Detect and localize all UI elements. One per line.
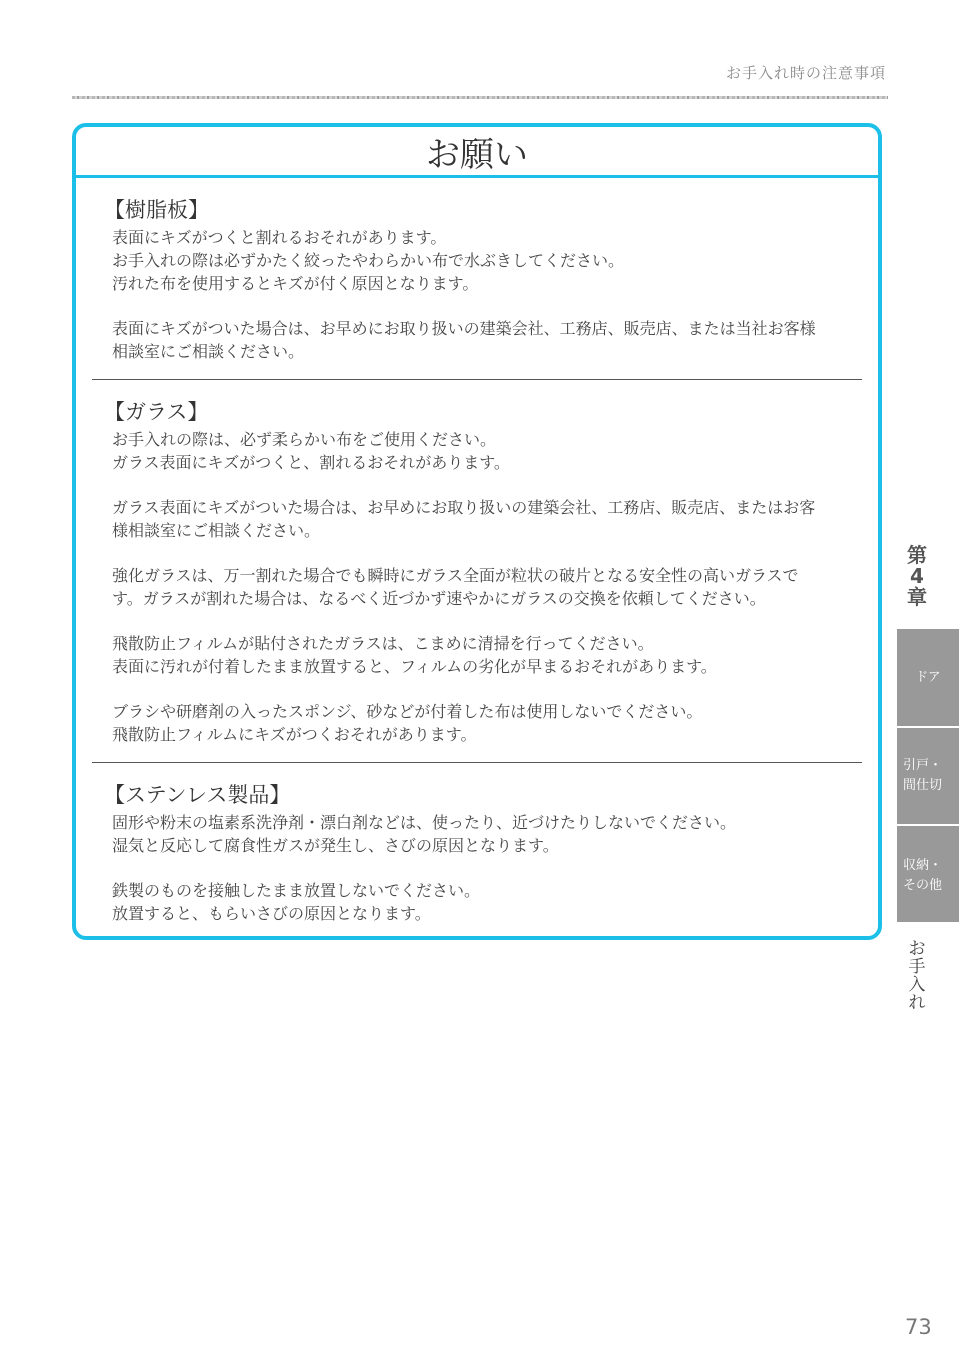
- section-heading: 【ガラス】: [104, 396, 858, 426]
- text-line: 汚れた布を使用するとキズが付く原因となります。: [112, 272, 858, 295]
- text-line: す。ガラスが割れた場合は、なるべく近づかず速やかにガラスの交換を依頼してください…: [112, 587, 858, 610]
- tab-label: 引戸・: [903, 756, 959, 776]
- text-line: ガラス表面にキズがつくと、割れるおそれがあります。: [112, 451, 858, 474]
- tab-sliding-door-partition[interactable]: 引戸・ 間仕切: [897, 728, 959, 824]
- text-line: 鉄製のものを接触したまま放置しないでください。: [112, 879, 858, 902]
- page-header-title: お手入れ時の注意事項: [726, 62, 886, 83]
- header-divider: [72, 96, 888, 99]
- tab-care-current[interactable]: お 手 入 れ: [902, 940, 932, 1012]
- tab-door[interactable]: ドア: [897, 629, 959, 726]
- tab-label-char: お: [902, 940, 932, 958]
- section-stainless: 【ステンレス製品】 固形や粉末の塩素系洗浄剤・漂白剤などは、使ったり、近づけたり…: [76, 779, 878, 925]
- text-line: 強化ガラスは、万一割れた場合でも瞬時にガラス全面が粒状の破片となる安全性の高いガ…: [112, 564, 858, 587]
- text-line: お手入れの際は、必ず柔らかい布をご使用ください。: [112, 428, 858, 451]
- text-line: 湿気と反応して腐食性ガスが発生し、さびの原因となります。: [112, 834, 858, 857]
- paragraph: 飛散防止フィルムが貼付されたガラスは、こまめに清掃を行ってください。 表面に汚れ…: [112, 632, 858, 678]
- section-heading: 【樹脂板】: [104, 194, 858, 224]
- notice-title: お願い: [76, 127, 878, 178]
- text-line: 表面にキズがついた場合は、お早めにお取り扱いの建築会社、工務店、販売店、または当…: [112, 317, 858, 340]
- tab-label: 収納・: [903, 856, 959, 876]
- text-line: 表面に汚れが付着したまま放置すると、フィルムの劣化が早まるおそれがあります。: [112, 655, 858, 678]
- text-line: 放置すると、もらいさびの原因となります。: [112, 902, 858, 925]
- chapter-char: 章: [902, 587, 932, 608]
- page-number: 73: [905, 1315, 932, 1339]
- text-line: ブラシや研磨剤の入ったスポンジ、砂などが付着した布は使用しないでください。: [112, 700, 858, 723]
- tab-label-char: れ: [902, 994, 932, 1012]
- tab-label-char: 手: [902, 958, 932, 976]
- text-line: お手入れの際は必ずかたく絞ったやわらかい布で水ぶきしてください。: [112, 249, 858, 272]
- text-line: 相談室にご相談ください。: [112, 340, 858, 363]
- section-divider: [92, 379, 862, 380]
- text-line: 表面にキズがつくと割れるおそれがあります。: [112, 226, 858, 249]
- tab-storage-other[interactable]: 収納・ その他: [897, 826, 959, 922]
- paragraph: 表面にキズがつくと割れるおそれがあります。 お手入れの際は必ずかたく絞ったやわら…: [112, 226, 858, 295]
- notice-box: お願い 【樹脂板】 表面にキズがつくと割れるおそれがあります。 お手入れの際は必…: [72, 123, 882, 940]
- paragraph: お手入れの際は、必ず柔らかい布をご使用ください。 ガラス表面にキズがつくと、割れ…: [112, 428, 858, 474]
- paragraph: 強化ガラスは、万一割れた場合でも瞬時にガラス全面が粒状の破片となる安全性の高いガ…: [112, 564, 858, 610]
- section-glass: 【ガラス】 お手入れの際は、必ず柔らかい布をご使用ください。 ガラス表面にキズが…: [76, 396, 878, 746]
- paragraph: 表面にキズがついた場合は、お早めにお取り扱いの建築会社、工務店、販売店、または当…: [112, 317, 858, 363]
- text-line: 様相談室にご相談ください。: [112, 519, 858, 542]
- tab-label: 間仕切: [903, 776, 959, 796]
- tab-label: ドア: [915, 668, 941, 688]
- paragraph: ブラシや研磨剤の入ったスポンジ、砂などが付着した布は使用しないでください。 飛散…: [112, 700, 858, 746]
- tab-label: その他: [903, 876, 959, 896]
- text-line: ガラス表面にキズがついた場合は、お早めにお取り扱いの建築会社、工務店、販売店、ま…: [112, 496, 858, 519]
- section-resin-board: 【樹脂板】 表面にキズがつくと割れるおそれがあります。 お手入れの際は必ずかたく…: [76, 194, 878, 363]
- section-heading: 【ステンレス製品】: [104, 779, 858, 809]
- text-line: 飛散防止フィルムが貼付されたガラスは、こまめに清掃を行ってください。: [112, 632, 858, 655]
- paragraph: 固形や粉末の塩素系洗浄剤・漂白剤などは、使ったり、近づけたりしないでください。 …: [112, 811, 858, 857]
- tab-label-char: 入: [902, 976, 932, 994]
- chapter-char: 第: [902, 545, 932, 566]
- paragraph: ガラス表面にキズがついた場合は、お早めにお取り扱いの建築会社、工務店、販売店、ま…: [112, 496, 858, 542]
- chapter-number: 4: [902, 566, 932, 587]
- text-line: 固形や粉末の塩素系洗浄剤・漂白剤などは、使ったり、近づけたりしないでください。: [112, 811, 858, 834]
- section-divider: [92, 762, 862, 763]
- text-line: 飛散防止フィルムにキズがつくおそれがあります。: [112, 723, 858, 746]
- paragraph: 鉄製のものを接触したまま放置しないでください。 放置すると、もらいさびの原因とな…: [112, 879, 858, 925]
- chapter-label: 第 4 章: [902, 545, 932, 608]
